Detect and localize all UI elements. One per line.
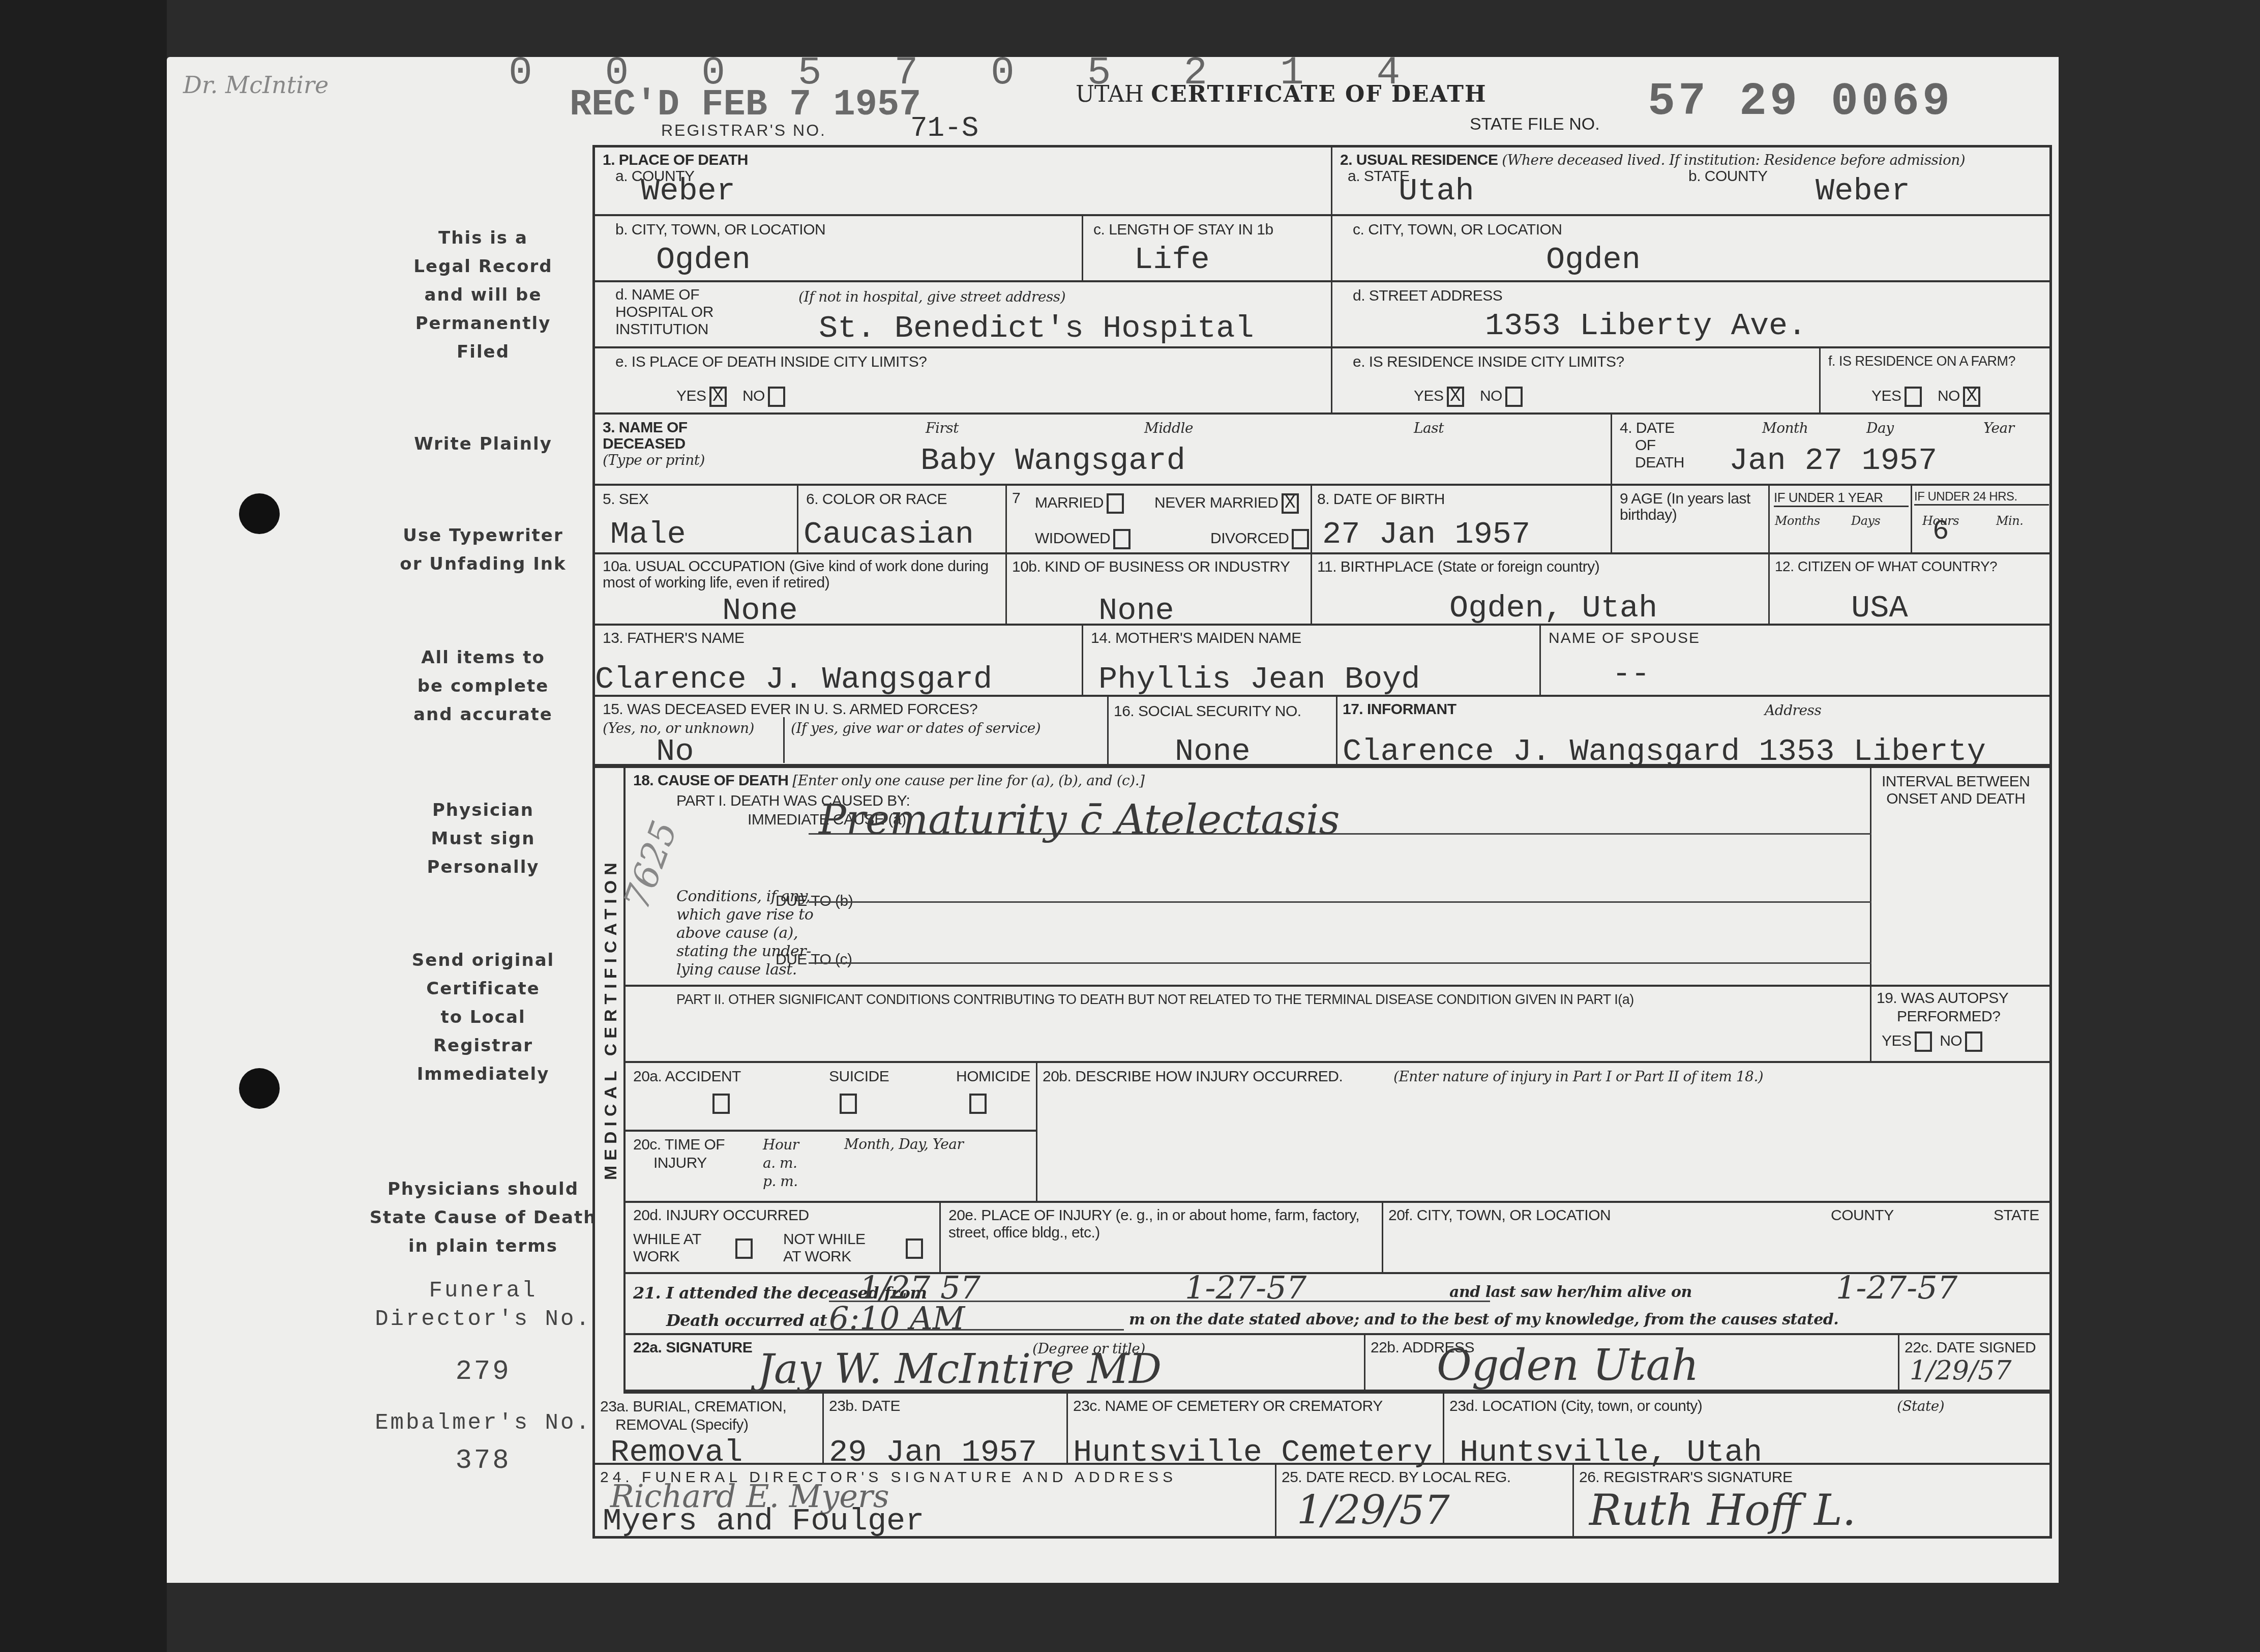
field-label: c. LENGTH OF STAY IN 1b bbox=[1093, 221, 1273, 239]
certificate-title: UTAH CERTIFICATE OF DEATH bbox=[1076, 81, 1487, 107]
state-label: STATE bbox=[1994, 1207, 2039, 1224]
yes-label: YES bbox=[1882, 1032, 1912, 1049]
field-value: Baby Wangsgard bbox=[920, 442, 1185, 479]
field-value: St. Benedict's Hospital bbox=[819, 310, 1254, 346]
field-disposition: 23a. BURIAL, CREMATION, REMOVAL (Specify… bbox=[595, 1394, 824, 1465]
field-label: e. IS RESIDENCE INSIDE CITY LIMITS? bbox=[1353, 353, 1624, 371]
field-hint: (If not in hospital, give street address… bbox=[798, 288, 1065, 305]
field-label: INJURY bbox=[633, 1154, 725, 1172]
field-date-signed: 22c. DATE SIGNED 1/29/57 bbox=[1899, 1335, 2052, 1394]
pencil-code: 7625 bbox=[615, 815, 686, 914]
field-label: 23d. LOCATION (City, town, or county) bbox=[1449, 1398, 1702, 1415]
field-label: ONSET AND DEATH bbox=[1882, 790, 2030, 808]
instruction-line: and accurate bbox=[356, 700, 610, 729]
yes-checkbox[interactable] bbox=[1905, 387, 1922, 407]
yes-checkbox[interactable]: X bbox=[1447, 387, 1464, 407]
field-sex: 5. SEX Male bbox=[595, 486, 798, 554]
field-label: 10a. USUAL OCCUPATION (Give kind of work… bbox=[603, 558, 1004, 591]
field-label: 9 AGE (In years last birthday) bbox=[1620, 491, 1762, 523]
instruction-line: Physicians should bbox=[356, 1175, 610, 1203]
field-death-city: b. CITY, TOWN, OR LOCATION Ogden bbox=[595, 216, 1083, 282]
field-label: IF UNDER 1 YEAR bbox=[1774, 490, 1909, 507]
widowed-checkbox[interactable] bbox=[1113, 529, 1131, 549]
field-informant: 17. INFORMANT Address Clarence J. Wangsg… bbox=[1337, 697, 2052, 768]
funeral-director-label: Funeral Director's No. bbox=[356, 1277, 610, 1334]
immediate-cause-value: Prematurity c̄ Atelectasis bbox=[819, 796, 1340, 843]
field-residence-city: c. CITY, TOWN, OR LOCATION Ogden bbox=[1332, 216, 2052, 282]
instruction-line: Write Plainly bbox=[356, 430, 610, 458]
field-label: 5. SEX bbox=[603, 491, 648, 508]
field-autopsy: 19. WAS AUTOPSY PERFORMED? YES NO bbox=[1871, 987, 2052, 1063]
min-label: Min. bbox=[1996, 514, 2023, 528]
field-value: None bbox=[1098, 593, 1174, 629]
autopsy-no-checkbox[interactable] bbox=[1965, 1031, 1982, 1052]
yes-label: YES bbox=[676, 388, 706, 404]
due-to-c-input[interactable] bbox=[809, 962, 1871, 964]
field-birthplace: 11. BIRTHPLACE (State or foreign country… bbox=[1312, 554, 1770, 626]
instruction-line: Send original bbox=[356, 946, 610, 975]
instruction-write-plainly: Write Plainly bbox=[356, 430, 610, 458]
field-value: Jan 27 1957 bbox=[1729, 442, 1937, 479]
field-residence-farm: f. IS RESIDENCE ON A FARM? YES NOX bbox=[1821, 348, 2052, 415]
no-checkbox[interactable] bbox=[1505, 387, 1523, 407]
field-attendance: 21. I attended the deceased from 1/27 57… bbox=[626, 1274, 2052, 1335]
state-file-number: 57 29 0069 bbox=[1648, 76, 1953, 128]
field-label: 26. REGISTRAR'S SIGNATURE bbox=[1579, 1469, 1792, 1486]
field-burial-location: 23d. LOCATION (City, town, or county) (S… bbox=[1444, 1394, 2052, 1465]
instruction-line: Certificate bbox=[356, 975, 610, 1003]
field-label: 23c. NAME OF CEMETERY OR CREMATORY bbox=[1073, 1398, 1383, 1415]
field-cause-of-death: 18. CAUSE OF DEATH [Enter only one cause… bbox=[626, 768, 1871, 987]
field-funeral-director: 24. FUNERAL DIRECTOR'S SIGNATURE AND ADD… bbox=[595, 1465, 1276, 1539]
field-armed-forces: 15. WAS DECEASED EVER IN U. S. ARMED FOR… bbox=[595, 697, 1109, 768]
field-value: None bbox=[722, 593, 798, 629]
field-label: e. IS PLACE OF DEATH INSIDE CITY LIMITS? bbox=[615, 353, 927, 371]
section-heading: 2. USUAL RESIDENCE bbox=[1340, 152, 1498, 168]
field-label: 20b. DESCRIBE HOW INJURY OCCURRED. bbox=[1043, 1068, 1343, 1085]
field-business: 10b. KIND OF BUSINESS OR INDUSTRY None bbox=[1007, 554, 1312, 626]
field-value: 1353 Liberty Ave. bbox=[1485, 308, 1807, 344]
field-label: 4. DATE bbox=[1620, 420, 1684, 437]
field-cemetery: 23c. NAME OF CEMETERY OR CREMATORY Hunts… bbox=[1068, 1394, 1444, 1465]
field-label: 10b. KIND OF BUSINESS OR INDUSTRY bbox=[1012, 558, 1290, 576]
instruction-typewriter: Use Typewriter or Unfading Ink bbox=[356, 521, 610, 578]
accident-checkbox[interactable] bbox=[712, 1094, 730, 1114]
county-label: COUNTY bbox=[1831, 1207, 1894, 1224]
field-label: HOSPITAL OR bbox=[615, 304, 713, 321]
field-physician-address: 22b. ADDRESS Ogden Utah bbox=[1365, 1335, 1899, 1394]
field-label: 22c. DATE SIGNED bbox=[1905, 1339, 2036, 1356]
homicide-label: HOMICIDE bbox=[956, 1068, 1030, 1085]
physician-signature: Jay W. McIntire MD bbox=[758, 1345, 1162, 1393]
never-married-label: NEVER MARRIED bbox=[1154, 494, 1278, 511]
year-label: Year bbox=[1983, 420, 2014, 436]
field-age-under-year: IF UNDER 1 YEAR Months Days bbox=[1770, 486, 1912, 554]
instruction-line: All items to bbox=[356, 643, 610, 672]
while-at-work-label: WHILE AT bbox=[633, 1231, 701, 1248]
punch-hole-icon bbox=[239, 1068, 280, 1109]
field-label: REMOVAL (Specify) bbox=[600, 1416, 786, 1434]
attended-to-value: 1-27-57 bbox=[1185, 1269, 1306, 1306]
field-value: 6 bbox=[1932, 516, 1949, 547]
field-label: d. NAME OF bbox=[615, 286, 713, 304]
field-marital-status: 7 MARRIED NEVER MARRIEDX WIDOWED DIVORCE… bbox=[1007, 486, 1312, 554]
field-value: No bbox=[656, 733, 694, 770]
field-injury-description: 20b. DESCRIBE HOW INJURY OCCURRED. (Ente… bbox=[1037, 1063, 2052, 1203]
address-label: Address bbox=[1765, 702, 1821, 719]
field-value: Ogden bbox=[1546, 242, 1641, 278]
field-label: 12. CITIZEN OF WHAT COUNTRY? bbox=[1775, 558, 1997, 575]
scanner-background bbox=[0, 0, 167, 1652]
accident-label: 20a. ACCIDENT bbox=[633, 1068, 741, 1085]
field-label: INSTITUTION bbox=[615, 321, 713, 338]
field-part2: PART II. OTHER SIGNIFICANT CONDITIONS CO… bbox=[626, 987, 1871, 1063]
field-label: 6. COLOR OR RACE bbox=[806, 491, 947, 508]
received-stamp: REC'D FEB 7 1957 bbox=[570, 84, 921, 126]
field-label: f. IS RESIDENCE ON A FARM? bbox=[1828, 353, 2015, 369]
field-label: 13. FATHER'S NAME bbox=[603, 630, 744, 647]
yes-label: YES bbox=[1871, 388, 1901, 404]
punch-hole-icon bbox=[239, 493, 280, 534]
field-label: c. CITY, TOWN, OR LOCATION bbox=[1353, 221, 1562, 239]
not-while-at-work-label: AT WORK bbox=[783, 1248, 866, 1265]
field-value: Weber bbox=[641, 173, 735, 209]
field-hint: (Where deceased lived. If institution: R… bbox=[1502, 152, 1965, 168]
field-mother: 14. MOTHER'S MAIDEN NAME Phyllis Jean Bo… bbox=[1083, 626, 1541, 697]
due-to-c-label: DUE TO (c) bbox=[776, 951, 852, 968]
suicide-checkbox[interactable] bbox=[840, 1094, 857, 1114]
field-value: Caucasian bbox=[804, 516, 974, 552]
field-label: b. CITY, TOWN, OR LOCATION bbox=[615, 221, 825, 239]
field-label: 14. MOTHER'S MAIDEN NAME bbox=[1091, 630, 1301, 647]
field-occupation: 10a. USUAL OCCUPATION (Give kind of work… bbox=[595, 554, 1007, 626]
field-death-county: 1. PLACE OF DEATH a. COUNTY Weber bbox=[595, 147, 1332, 216]
field-age-under-24h: IF UNDER 24 HRS. Hours Min. 6 bbox=[1912, 486, 2052, 554]
field-label: 19. WAS AUTOPSY bbox=[1877, 989, 2008, 1008]
field-injury-occurred: 20d. INJURY OCCURRED WHILE AT WORK NOT W… bbox=[626, 1203, 941, 1274]
field-age: 9 AGE (In years last birthday) bbox=[1612, 486, 1770, 554]
last-label: Last bbox=[1414, 420, 1444, 436]
month-label: Month bbox=[1762, 420, 1808, 436]
am-label: a. m. bbox=[763, 1154, 799, 1172]
instruction-line: Personally bbox=[356, 853, 610, 881]
field-label: 23b. DATE bbox=[829, 1398, 900, 1415]
field-label: PERFORMED? bbox=[1877, 1008, 2008, 1026]
field-residence-state-county: 2. USUAL RESIDENCE (Where deceased lived… bbox=[1332, 147, 2052, 216]
field-label: 20f. CITY, TOWN, OR LOCATION bbox=[1388, 1207, 1611, 1224]
field-label: 23a. BURIAL, CREMATION, bbox=[600, 1398, 786, 1416]
autopsy-yes-checkbox[interactable] bbox=[1915, 1031, 1932, 1052]
title-main: CERTIFICATE OF DEATH bbox=[1151, 81, 1486, 107]
field-label: 25. DATE RECD. BY LOCAL REG. bbox=[1282, 1469, 1511, 1486]
never-married-checkbox[interactable]: X bbox=[1282, 493, 1299, 514]
field-value: Myers and Foulger bbox=[603, 1503, 925, 1539]
days-label: Days bbox=[1851, 514, 1880, 528]
no-checkbox[interactable] bbox=[768, 387, 785, 407]
field-ssn: 16. SOCIAL SECURITY NO. None bbox=[1109, 697, 1337, 768]
no-checkbox[interactable]: X bbox=[1963, 387, 1980, 407]
field-label: 20c. TIME OF bbox=[633, 1136, 725, 1154]
last-saw-label: and last saw her/him alive on bbox=[1449, 1283, 1692, 1301]
field-spouse: NAME OF SPOUSE -- bbox=[1541, 626, 2052, 697]
embalmer-label: Embalmer's No. bbox=[356, 1409, 610, 1437]
field-value: Ogden, Utah bbox=[1449, 590, 1657, 626]
section-heading: 1. PLACE OF DEATH bbox=[603, 152, 748, 168]
instruction-line: Physician bbox=[356, 796, 610, 824]
field-value: Clarence J. Wangsgard bbox=[595, 661, 992, 697]
field-length-of-stay: c. LENGTH OF STAY IN 1b Life bbox=[1083, 216, 1332, 282]
not-while-at-work-checkbox[interactable] bbox=[906, 1238, 923, 1259]
field-value: Weber bbox=[1816, 173, 1910, 209]
instruction-complete: All items to be complete and accurate bbox=[356, 643, 610, 729]
yes-label: YES bbox=[1414, 388, 1444, 404]
field-value: Male bbox=[610, 516, 686, 552]
death-at-value: 6:10 AM bbox=[829, 1300, 965, 1337]
field-value: -- bbox=[1612, 656, 1650, 692]
instruction-line: Registrar bbox=[356, 1031, 610, 1060]
instruction-line: Filed bbox=[356, 338, 610, 366]
field-father: 13. FATHER'S NAME Clarence J. Wangsgard bbox=[595, 626, 1083, 697]
field-death-inside-limits: e. IS PLACE OF DEATH INSIDE CITY LIMITS?… bbox=[595, 348, 1332, 415]
field-physician-signature: 22a. SIGNATURE (Degree or title) Jay W. … bbox=[626, 1335, 1365, 1394]
field-registrar-signature: 26. REGISTRAR'S SIGNATURE Ruth Hoff L. bbox=[1574, 1465, 2052, 1539]
pencil-note: Dr. McIntire bbox=[183, 71, 329, 99]
hint-line: above cause (a), bbox=[676, 924, 813, 942]
field-value: USA bbox=[1851, 590, 1908, 626]
field-deceased-name: 3. NAME OF DECEASED (Type or print) Firs… bbox=[595, 415, 1612, 486]
instruction-send-original: Send original Certificate to Local Regis… bbox=[356, 946, 610, 1088]
field-label: 7 bbox=[1012, 490, 1020, 507]
registrars-no-label: REGISTRAR'S NO. bbox=[661, 121, 826, 140]
field-label: INTERVAL BETWEEN bbox=[1882, 773, 2030, 790]
field-hospital: d. NAME OF HOSPITAL OR INSTITUTION (If n… bbox=[595, 282, 1332, 348]
field-label: DECEASED bbox=[603, 435, 686, 452]
field-label: 18. CAUSE OF DEATH bbox=[633, 772, 789, 789]
instruction-physician: Physician Must sign Personally bbox=[356, 796, 610, 881]
physician-address: Ogden Utah bbox=[1437, 1340, 1699, 1390]
embalmer-no: 378 bbox=[356, 1447, 610, 1476]
field-injury-type: 20a. ACCIDENT SUICIDE HOMICIDE bbox=[626, 1063, 1037, 1132]
field-hint: (Type or print) bbox=[603, 452, 705, 468]
instruction-line: Permanently bbox=[356, 309, 610, 338]
field-date-of-birth: 8. DATE OF BIRTH 27 Jan 1957 bbox=[1312, 486, 1612, 554]
field-label: 20d. INJURY OCCURRED bbox=[633, 1207, 809, 1224]
field-date-of-death: 4. DATE OF DEATH Month Day Year Jan 27 1… bbox=[1612, 415, 2052, 486]
field-injury-location: 20f. CITY, TOWN, OR LOCATION COUNTY STAT… bbox=[1383, 1203, 2052, 1274]
field-label: 8. DATE OF BIRTH bbox=[1317, 491, 1445, 508]
no-label: NO bbox=[742, 388, 765, 404]
no-label: NO bbox=[1480, 388, 1502, 404]
instruction-line: Use Typewriter bbox=[356, 521, 610, 550]
pm-label: p. m. bbox=[763, 1172, 799, 1191]
field-value: None bbox=[1175, 733, 1251, 770]
instruction-line: State Cause of Death bbox=[356, 1203, 610, 1232]
field-injury-time: 20c. TIME OF INJURY Hour a. m. p. m. Mon… bbox=[626, 1132, 1037, 1203]
middle-label: Middle bbox=[1144, 420, 1193, 436]
mdy-label: Month, Day, Year bbox=[844, 1136, 963, 1153]
field-hint: (Enter nature of injury in Part I or Par… bbox=[1393, 1068, 1763, 1085]
field-label: NAME OF SPOUSE bbox=[1549, 630, 1700, 647]
divorced-label: DIVORCED bbox=[1210, 530, 1289, 547]
divider bbox=[783, 717, 785, 763]
no-label: NO bbox=[1940, 1032, 1962, 1049]
field-label: OF bbox=[1620, 437, 1684, 454]
field-label: 15. WAS DECEASED EVER IN U. S. ARMED FOR… bbox=[603, 701, 977, 718]
no-label: NO bbox=[1938, 388, 1960, 404]
field-place-of-injury: 20e. PLACE OF INJURY (e. g., in or about… bbox=[941, 1203, 1383, 1274]
field-residence-inside-limits: e. IS RESIDENCE INSIDE CITY LIMITS? YESX… bbox=[1332, 348, 1821, 415]
while-at-work-checkbox[interactable] bbox=[735, 1238, 753, 1259]
instruction-legal-record: This is a Legal Record and will be Perma… bbox=[356, 224, 610, 366]
label-line: Funeral bbox=[356, 1277, 610, 1305]
instruction-line: Legal Record bbox=[356, 252, 610, 281]
instruction-line: This is a bbox=[356, 224, 610, 252]
death-at-suffix: m on the date stated above; and to the b… bbox=[1129, 1311, 1838, 1329]
due-to-b-input[interactable] bbox=[809, 901, 1871, 903]
field-label: IF UNDER 24 HRS. bbox=[1914, 490, 2049, 506]
field-residence-street: d. STREET ADDRESS 1353 Liberty Ave. bbox=[1332, 282, 2052, 348]
field-label: d. STREET ADDRESS bbox=[1353, 287, 1502, 305]
months-label: Months bbox=[1775, 514, 1820, 528]
field-label: 16. SOCIAL SECURITY NO. bbox=[1114, 703, 1301, 720]
field-burial-date: 23b. DATE 29 Jan 1957 bbox=[824, 1394, 1068, 1465]
last-saw-value: 1-27-57 bbox=[1836, 1269, 1957, 1306]
field-hint: [Enter only one cause per line for (a), … bbox=[792, 772, 1144, 789]
instruction-line: in plain terms bbox=[356, 1232, 610, 1260]
instruction-line: to Local bbox=[356, 1003, 610, 1031]
label-line: Director's No. bbox=[356, 1305, 610, 1334]
day-label: Day bbox=[1866, 420, 1893, 436]
registrar-signature: Ruth Hoff L. bbox=[1589, 1485, 1856, 1535]
instruction-line: Immediately bbox=[356, 1060, 610, 1088]
date-received-value: 1/29/57 bbox=[1297, 1488, 1450, 1533]
date-signed-value: 1/29/57 bbox=[1910, 1355, 2011, 1386]
medical-certification-label: MEDICAL CERTIFICATION bbox=[601, 858, 621, 1180]
instruction-line: Must sign bbox=[356, 824, 610, 853]
field-interval: INTERVAL BETWEEN ONSET AND DEATH bbox=[1871, 768, 2052, 987]
yes-checkbox[interactable]: X bbox=[709, 387, 727, 407]
not-while-at-work-label: NOT WHILE bbox=[783, 1231, 866, 1248]
field-value: Life bbox=[1134, 242, 1210, 278]
field-citizenship: 12. CITIZEN OF WHAT COUNTRY? USA bbox=[1770, 554, 2052, 626]
field-label: 20e. PLACE OF INJURY (e. g., in or about… bbox=[948, 1207, 1376, 1242]
suicide-label: SUICIDE bbox=[829, 1068, 889, 1085]
state-label: (State) bbox=[1897, 1398, 1944, 1414]
registrars-no: 71-S bbox=[910, 112, 978, 144]
widowed-label: WIDOWED bbox=[1035, 530, 1110, 547]
instruction-line: and will be bbox=[356, 281, 610, 309]
instruction-line: or Unfading Ink bbox=[356, 550, 610, 578]
married-label: MARRIED bbox=[1035, 494, 1104, 511]
field-value: Clarence J. Wangsgard 1353 Liberty bbox=[1343, 733, 1986, 770]
instruction-line: be complete bbox=[356, 672, 610, 700]
field-label: 22a. SIGNATURE bbox=[633, 1339, 752, 1356]
state-file-label: STATE FILE NO. bbox=[1470, 114, 1600, 134]
first-label: First bbox=[926, 420, 959, 436]
married-checkbox[interactable] bbox=[1107, 493, 1124, 514]
field-label: 11. BIRTHPLACE (State or foreign country… bbox=[1317, 558, 1599, 576]
instruction-cause-plain: Physicians should State Cause of Death i… bbox=[356, 1175, 610, 1260]
hour-label: Hour bbox=[763, 1136, 799, 1154]
field-date-received: 25. DATE RECD. BY LOCAL REG. 1/29/57 bbox=[1276, 1465, 1574, 1539]
field-value: Utah bbox=[1399, 173, 1474, 209]
title-prefix: UTAH bbox=[1076, 81, 1144, 107]
certificate-form: 1. PLACE OF DEATH a. COUNTY Weber 2. USU… bbox=[592, 145, 2052, 1539]
death-at-label: Death occurred at bbox=[666, 1311, 827, 1330]
funeral-director-no: 279 bbox=[356, 1358, 610, 1386]
field-value: 27 Jan 1957 bbox=[1322, 516, 1530, 552]
divorced-checkbox[interactable] bbox=[1292, 529, 1309, 549]
field-race: 6. COLOR OR RACE Caucasian bbox=[798, 486, 1007, 554]
field-value: Phyllis Jean Boyd bbox=[1098, 661, 1420, 697]
field-label: 3. NAME OF bbox=[603, 419, 688, 436]
field-label: DEATH bbox=[1620, 454, 1684, 471]
field-hint: (If yes, give war or dates of service) bbox=[791, 720, 1040, 736]
part2-label: PART II. OTHER SIGNIFICANT CONDITIONS CO… bbox=[676, 992, 1634, 1008]
while-at-work-label: WORK bbox=[633, 1248, 701, 1265]
field-value: Ogden bbox=[656, 242, 751, 278]
field-label: 17. INFORMANT bbox=[1343, 701, 1456, 718]
field-label: b. COUNTY bbox=[1688, 168, 1768, 185]
homicide-checkbox[interactable] bbox=[969, 1094, 987, 1114]
